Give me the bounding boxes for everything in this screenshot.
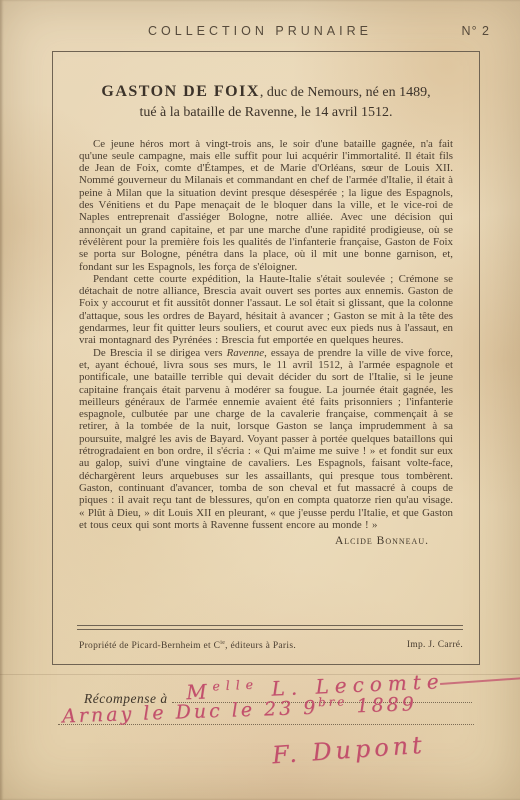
paragraph-3-start: De Brescia il se dirigea vers bbox=[93, 347, 227, 359]
place-date-sup: bre bbox=[318, 694, 348, 709]
paragraph-3-italic-word: Ravenne bbox=[227, 347, 265, 359]
paragraph-2: Pendant cette courte expédition, la Haut… bbox=[79, 273, 453, 347]
ink-flourish bbox=[440, 677, 520, 685]
paragraph-3: De Brescia il se dirigea vers Ravenne, e… bbox=[79, 347, 453, 531]
place-date-year: 1889 bbox=[347, 693, 417, 717]
recipient-sup: elle bbox=[212, 676, 259, 693]
printer-credit: Imp. J. Carré. bbox=[407, 640, 463, 651]
paragraph-3-rest: , essaya de prendre la ville de vive for… bbox=[79, 347, 453, 531]
publisher-credit: Propriété de Picard-Bernheim et Cie, édi… bbox=[79, 640, 296, 651]
title-line-1: GASTON DE FOIX, duc de Nemours, né en 14… bbox=[79, 80, 453, 103]
handwritten-signature: F. Dupont bbox=[271, 731, 426, 770]
paragraph-1: Ce jeune héros mort à vingt-trois ans, l… bbox=[79, 138, 453, 273]
author-credit: Alcide Bonneau. bbox=[79, 535, 453, 547]
title-subject-suffix: , duc de Nemours, né en 1489, bbox=[260, 85, 431, 100]
publisher-credit-suffix: , éditeurs à Paris. bbox=[225, 641, 296, 651]
card-number: N° 2 bbox=[462, 24, 490, 38]
publisher-credit-text: Propriété de Picard-Bernheim et C bbox=[79, 641, 220, 651]
biography-text: Ce jeune héros mort à vingt-trois ans, l… bbox=[79, 138, 453, 532]
double-rule-divider bbox=[77, 625, 463, 630]
page-title: GASTON DE FOIX, duc de Nemours, né en 14… bbox=[79, 80, 453, 124]
title-subject-name: GASTON DE FOIX bbox=[101, 83, 260, 100]
content-frame: GASTON DE FOIX, duc de Nemours, né en 14… bbox=[52, 51, 480, 665]
collection-title: COLLECTION PRUNAIRE bbox=[0, 24, 520, 38]
title-line-2: tué à la bataille de Ravenne, le 14 avri… bbox=[79, 103, 453, 123]
reward-card: COLLECTION PRUNAIRE N° 2 GASTON DE FOIX,… bbox=[0, 0, 520, 800]
imprint-row: Propriété de Picard-Bernheim et Cie, édi… bbox=[79, 640, 463, 651]
